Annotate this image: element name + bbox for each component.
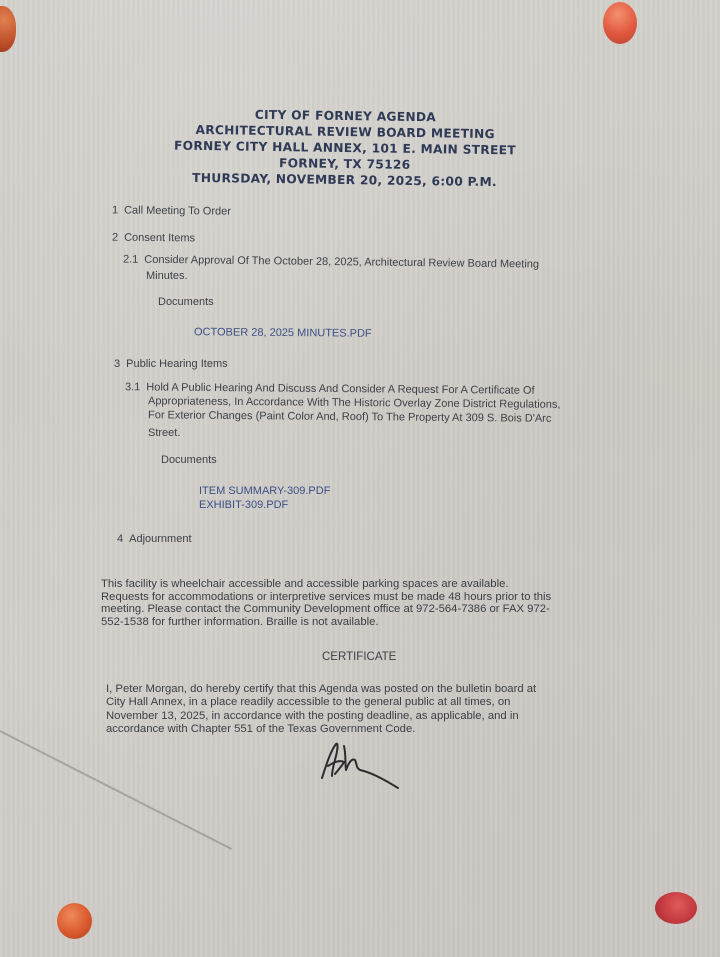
certificate-text: I, Peter Morgan, do hereby certify that … bbox=[106, 683, 536, 737]
item-number: 2 bbox=[112, 232, 118, 244]
item-label: Public Hearing Items bbox=[126, 358, 228, 370]
item-number: 4 bbox=[117, 533, 123, 545]
sub-item-text-cont: Appropriateness, In Accordance With The … bbox=[148, 395, 561, 411]
certificate-line: City Hall Annex, in a place readily acce… bbox=[106, 696, 536, 709]
item-label: Call Meeting To Order bbox=[124, 205, 231, 218]
document-link[interactable]: EXHIBIT-309.PDF bbox=[199, 499, 288, 511]
certificate-line: I, Peter Morgan, do hereby certify that … bbox=[106, 683, 536, 696]
sub-item-number: 3.1 bbox=[125, 381, 140, 393]
sub-item-text: Hold A Public Hearing And Discuss And Co… bbox=[146, 381, 534, 396]
sub-item-number: 2.1 bbox=[123, 253, 138, 265]
agenda-document: CITY OF FORNEY AGENDA ARCHITECTURAL REVI… bbox=[0, 0, 720, 957]
accessibility-line: This facility is wheelchair accessible a… bbox=[101, 578, 551, 591]
signature-icon bbox=[318, 738, 408, 793]
sub-item: 3.1Hold A Public Hearing And Discuss And… bbox=[125, 381, 535, 397]
item-number: 3 bbox=[114, 358, 120, 370]
sub-item-text-cont: Street. bbox=[148, 427, 180, 439]
document-link[interactable]: ITEM SUMMARY-309.PDF bbox=[199, 485, 330, 497]
sub-item: 2.1Consider Approval Of The October 28, … bbox=[123, 253, 539, 270]
item-label: Consent Items bbox=[124, 232, 195, 245]
documents-label: Documents bbox=[161, 454, 217, 466]
accessibility-notice: This facility is wheelchair accessible a… bbox=[101, 578, 551, 628]
certificate-line: November 13, 2025, in accordance with th… bbox=[106, 710, 536, 723]
agenda-item: 3Public Hearing Items bbox=[114, 358, 228, 370]
agenda-item: 1Call Meeting To Order bbox=[112, 204, 231, 217]
document-link[interactable]: OCTOBER 28, 2025 MINUTES.PDF bbox=[194, 326, 372, 340]
agenda-header: CITY OF FORNEY AGENDA ARCHITECTURAL REVI… bbox=[159, 105, 530, 190]
agenda-item: 4Adjournment bbox=[117, 533, 192, 545]
item-label: Adjournment bbox=[129, 533, 191, 545]
agenda-item: 2Consent Items bbox=[112, 232, 195, 245]
accessibility-line: meeting. Please contact the Community De… bbox=[101, 603, 551, 616]
accessibility-line: 552-1538 for further information. Braill… bbox=[101, 616, 551, 629]
sub-item-text-cont: For Exterior Changes (Paint Color And, R… bbox=[148, 409, 551, 425]
documents-label: Documents bbox=[158, 296, 214, 308]
sub-item-text-cont: Minutes. bbox=[146, 270, 188, 282]
certificate-title: CERTIFICATE bbox=[322, 651, 396, 663]
accessibility-line: Requests for accommodations or interpret… bbox=[101, 591, 551, 604]
sub-item-text: Consider Approval Of The October 28, 202… bbox=[144, 254, 539, 271]
certificate-line: accordance with Chapter 551 of the Texas… bbox=[106, 723, 536, 736]
item-number: 1 bbox=[112, 204, 118, 216]
